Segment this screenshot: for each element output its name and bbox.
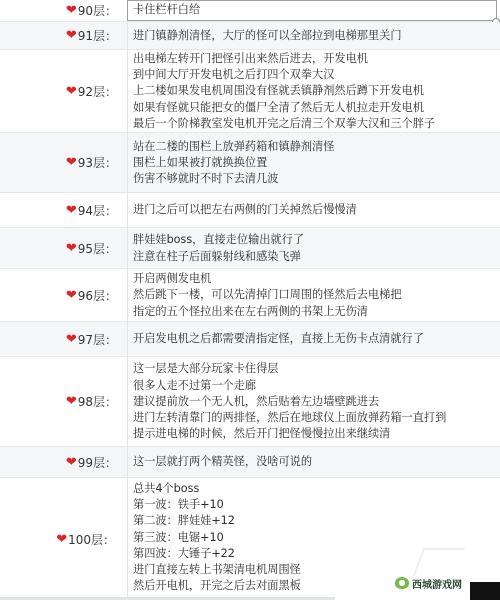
cell-line: 第三波：电锯+10 xyxy=(133,530,500,546)
floor-label: ❤ 93层： xyxy=(0,133,127,192)
corner-black-block xyxy=(470,582,500,600)
watermark: ● 西城游戏网 xyxy=(395,572,470,594)
heart-icon: ❤ xyxy=(66,29,77,42)
table-row-floor-94: ❤ 94层： 进门之后可以把左右两侧的门关掉然后慢慢清 xyxy=(0,193,500,228)
cell-line: 开启两侧发电机 xyxy=(133,271,500,287)
cell-line: 注意在柱子后面躲射线和感染飞弹 xyxy=(133,249,500,265)
cell-line: 进门左转清靠门的两排怪，然后在地球仪上面放弹药箱一直打到 xyxy=(133,410,500,426)
table-cell: 这一层就打两个精英怪，没啥可说的 xyxy=(127,447,500,477)
heart-icon: ❤ xyxy=(66,242,77,255)
table-row-floor-97: ❤ 97层： 开启发电机之后都需要清指定怪，直接上无伤卡点清就行了 xyxy=(0,322,500,357)
heart-icon: ❤ xyxy=(56,533,67,546)
cell-line: 提示进电梯的时候，然后开门把怪慢慢拉出来继续清 xyxy=(133,426,500,442)
table-cell: 进门之后可以把左右两侧的门关掉然后慢慢清 xyxy=(127,193,500,227)
cell-line: 伤害不够就时不时下去清几波 xyxy=(133,171,500,187)
cell-line: 这一层就打两个精英怪，没啥可说的 xyxy=(133,454,500,470)
cell-line: 建议提前放一个无人机，然后贴着左边墙壁跳进去 xyxy=(133,394,500,410)
floor-label: ❤ 99层： xyxy=(0,447,127,477)
cell-line: 围栏上如果被打就换换位置 xyxy=(133,155,500,171)
table-row-floor-93: ❤ 93层： 站在二楼的围栏上放弹药箱和镇静剂清怪 围栏上如果被打就换换位置 伤… xyxy=(0,133,500,193)
floor-label: ❤ 94层： xyxy=(0,193,127,227)
cell-line: 进门镇静剂清怪，大厅的怪可以全部拉到电梯那里关门 xyxy=(133,28,500,44)
cell-line: 总共4个boss xyxy=(133,481,500,497)
heart-icon: ❤ xyxy=(66,289,77,302)
floor-label: ❤ 92层： xyxy=(0,50,127,132)
floor-label: ❤ 98层： xyxy=(0,357,127,446)
cell-line: 如果有怪就只能把女的僵尸全清了然后无人机拉走开发电机 xyxy=(133,100,500,116)
watermark-logo-icon: ● xyxy=(395,577,409,589)
editable-cell[interactable]: 卡住栏杆白给 xyxy=(127,0,497,21)
heart-icon: ❤ xyxy=(66,85,77,98)
floor-label: ❤ 91层： xyxy=(0,22,127,49)
table-cell: 开启两侧发电机 然后跳下一楼，可以先清掉门口周围的怪然后去电梯把 指定的五个怪拉… xyxy=(127,269,500,321)
cell-line: 上二楼如果发电机周围没有怪就丢镇静剂然后蹲下开发电机 xyxy=(133,83,500,99)
cell-line: 指定的五个怪拉出来在左右两侧的书架上无伤清 xyxy=(133,304,500,320)
floor-label: ❤ 100层： xyxy=(0,478,127,600)
heart-icon: ❤ xyxy=(66,395,77,408)
cell-line: 很多人走不过第一个走廊 xyxy=(133,378,500,394)
table-row-floor-90: ❤ 90层： 卡住栏杆白给 xyxy=(0,0,500,22)
cell-line: 这一层是大部分玩家卡住得层 xyxy=(133,361,500,377)
heart-icon: ❤ xyxy=(66,4,77,17)
floor-label: ❤ 97层： xyxy=(0,322,127,356)
heart-icon: ❤ xyxy=(66,456,77,469)
table-row-floor-95: ❤ 95层： 胖娃娃boss，直接走位输出就行了 注意在柱子后面躲射线和感染飞弹 xyxy=(0,228,500,269)
heart-icon: ❤ xyxy=(66,333,77,346)
cell-line: 站在二楼的围栏上放弹药箱和镇静剂清怪 xyxy=(133,139,500,155)
floor-label: ❤ 90层： xyxy=(0,0,127,21)
table-row-floor-99: ❤ 99层： 这一层就打两个精英怪，没啥可说的 xyxy=(0,447,500,478)
cell-line: 到中间大厅开发电机之后打四个双拳大汉 xyxy=(133,67,500,83)
table-cell: 站在二楼的围栏上放弹药箱和镇静剂清怪 围栏上如果被打就换换位置 伤害不够就时不时… xyxy=(127,133,500,192)
table-row-floor-91: ❤ 91层： 进门镇静剂清怪，大厅的怪可以全部拉到电梯那里关门 xyxy=(0,22,500,50)
cell-line: 卡住栏杆白给 xyxy=(133,2,496,18)
floor-label: ❤ 95层： xyxy=(0,228,127,268)
cell-line: 进门之后可以把左右两侧的门关掉然后慢慢清 xyxy=(133,202,500,218)
cell-line: 出电梯左转开门把怪引出来然后进去，开发电机 xyxy=(133,51,500,67)
cell-line: 然后跳下一楼，可以先清掉门口周围的怪然后去电梯把 xyxy=(133,287,500,303)
cell-line: 第一波：铁手+10 xyxy=(133,497,500,513)
table-cell: 胖娃娃boss，直接走位输出就行了 注意在柱子后面躲射线和感染飞弹 xyxy=(127,228,500,268)
table-cell: 开启发电机之后都需要清指定怪，直接上无伤卡点清就行了 xyxy=(127,322,500,356)
table-cell: 这一层是大部分玩家卡住得层 很多人走不过第一个走廊 建议提前放一个无人机，然后贴… xyxy=(127,357,500,446)
heart-icon: ❤ xyxy=(66,156,77,169)
table-cell: 出电梯左转开门把怪引出来然后进去，开发电机 到中间大厅开发电机之后打四个双拳大汉… xyxy=(127,50,500,132)
table-row-floor-96: ❤ 96层： 开启两侧发电机 然后跳下一楼，可以先清掉门口周围的怪然后去电梯把 … xyxy=(0,269,500,322)
table-row-floor-98: ❤ 98层： 这一层是大部分玩家卡住得层 很多人走不过第一个走廊 建议提前放一个… xyxy=(0,357,500,447)
table-row-floor-92: ❤ 92层： 出电梯左转开门把怪引出来然后进去，开发电机 到中间大厅开发电机之后… xyxy=(0,50,500,133)
heart-icon: ❤ xyxy=(66,204,77,217)
floor-label: ❤ 96层： xyxy=(0,269,127,321)
cell-line: 最后一个阶梯教室发电机开完之后清三个双拳大汉和三个胖子 xyxy=(133,116,500,132)
cell-line: 第二波：胖娃娃+12 xyxy=(133,513,500,529)
watermark-text: 西城游戏网 xyxy=(412,576,462,591)
cell-line: 开启发电机之后都需要清指定怪，直接上无伤卡点清就行了 xyxy=(133,331,500,347)
table-cell: 进门镇静剂清怪，大厅的怪可以全部拉到电梯那里关门 xyxy=(127,22,500,49)
cell-line: 胖娃娃boss，直接走位输出就行了 xyxy=(133,232,500,248)
